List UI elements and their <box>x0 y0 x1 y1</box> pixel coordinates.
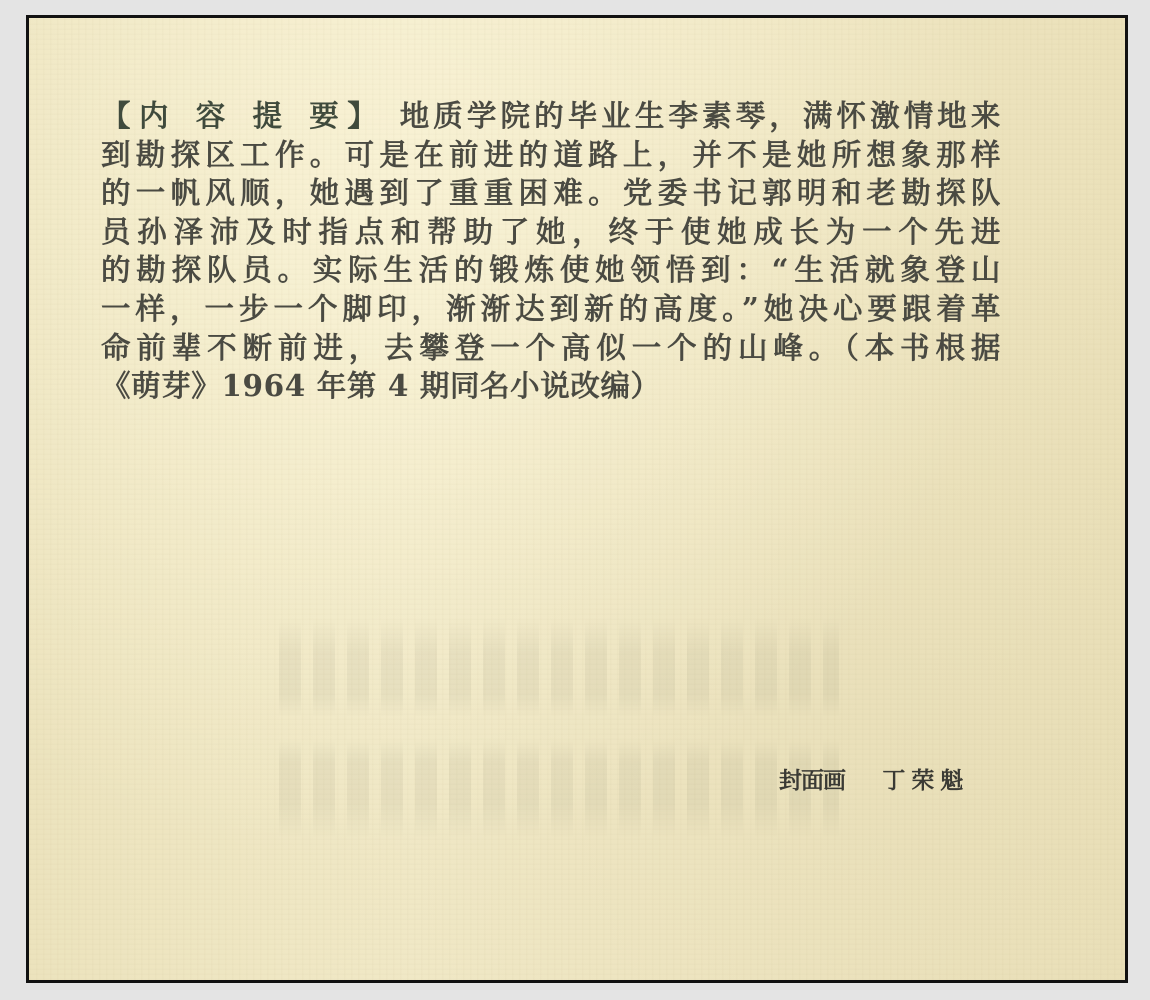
summary-line-6: 一样，一步一个脚印，渐渐达到新的高度。”她决心要跟着革 <box>101 290 1001 329</box>
summary-text: 地质学院的毕业生李素琴，满怀激情地来 <box>400 98 1001 133</box>
summary-heading: 【内 容 提 要】 <box>101 99 385 133</box>
summary-line-3: 的一帆风顺，她遇到了重重困难。党委书记郭明和老勘探队 <box>101 174 1001 213</box>
credit-artist-name: 丁荣魁 <box>882 767 969 794</box>
summary-line-1: 【内 容 提 要】 地质学院的毕业生李素琴，满怀激情地来 <box>101 97 1001 136</box>
summary-line-2: 到勘探区工作。可是在前进的道路上，并不是她所想象那样 <box>101 136 1001 175</box>
content-summary: 【内 容 提 要】 地质学院的毕业生李素琴，满怀激情地来 到勘探区工作。可是在前… <box>101 97 1001 406</box>
summary-line-7: 命前辈不断前进，去攀登一个高似一个的山峰。（本书根据 <box>101 329 1001 368</box>
cover-art-credit: 封面画 丁荣魁 <box>779 762 969 795</box>
summary-line-5: 的勘探队员。实际生活的锻炼使她领悟到：“生活就象登山 <box>101 251 1001 290</box>
credit-label: 封面画 <box>779 768 845 794</box>
summary-line-8: 《萌芽》1964 年第 4 期同名小说改编） <box>101 367 1001 406</box>
summary-line-4: 员孙泽沛及时指点和帮助了她，终于使她成长为一个先进 <box>101 213 1001 252</box>
bleed-through-print <box>279 618 839 838</box>
